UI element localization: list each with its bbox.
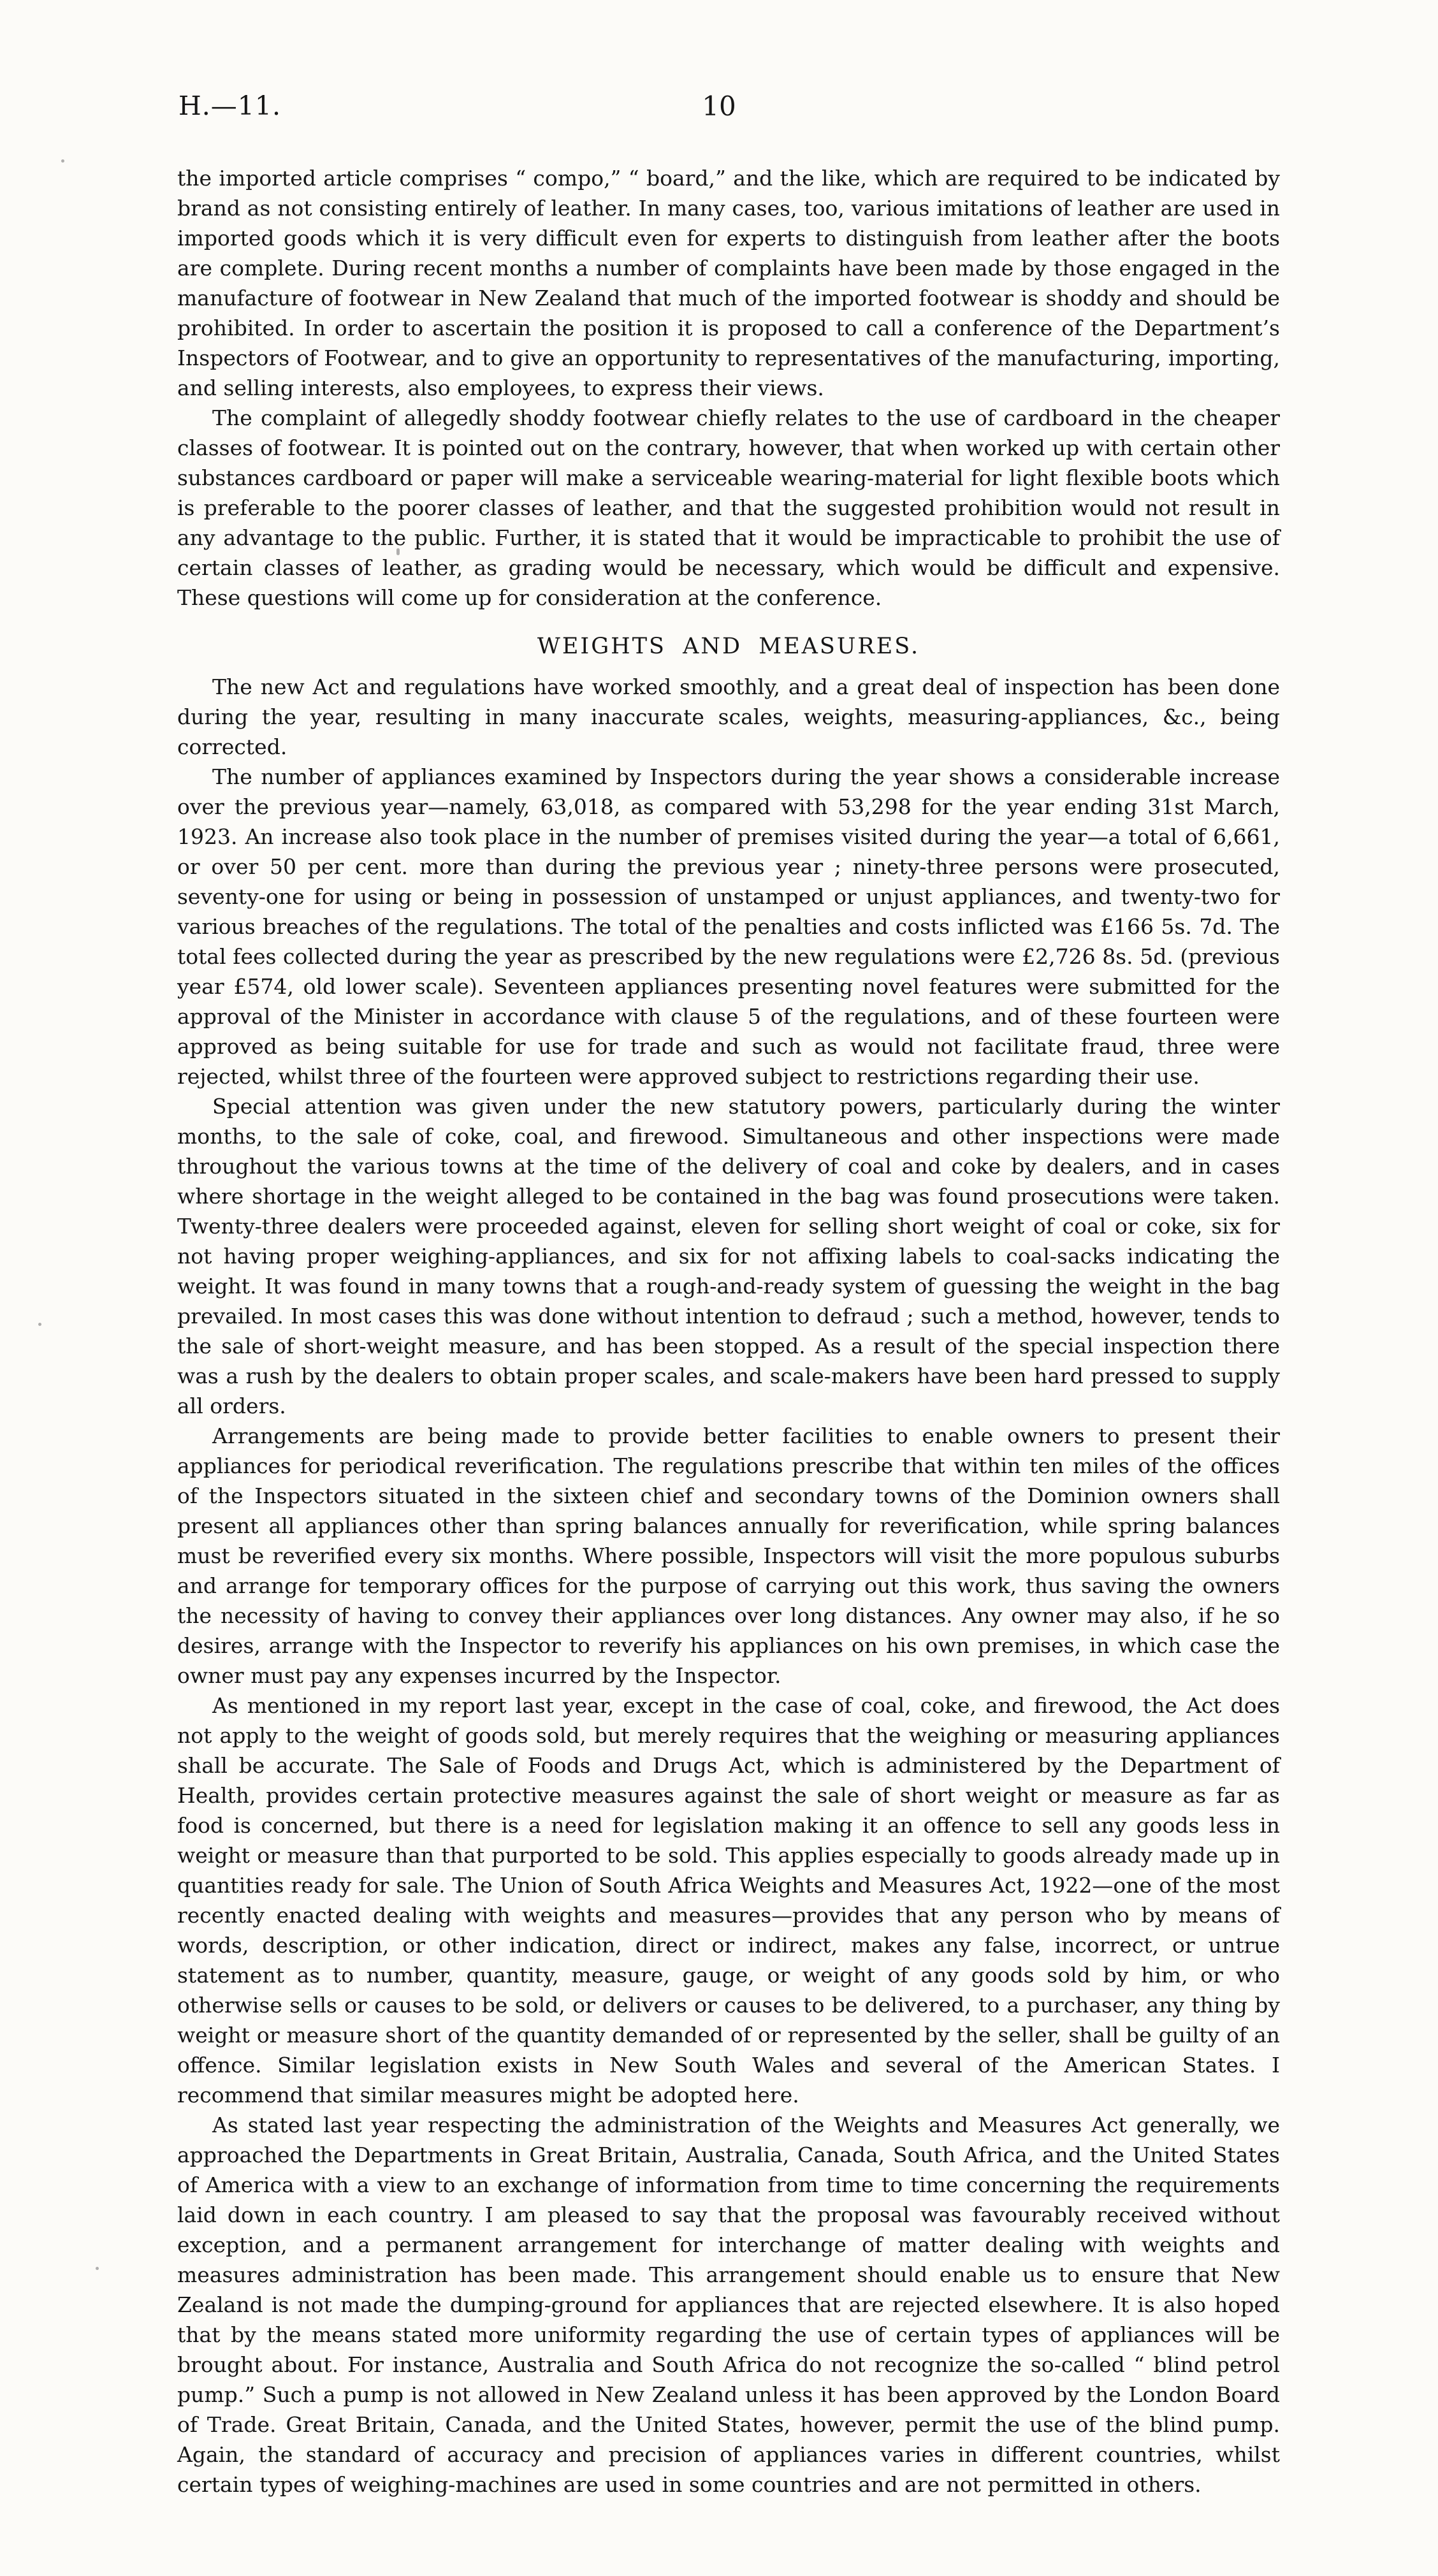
paragraph-new-act-regulations: The new Act and regulations have worked … xyxy=(177,672,1280,762)
page-number: 10 xyxy=(177,91,1261,122)
scan-speck xyxy=(759,2328,762,2331)
paragraph-appliances-examined: The number of appliances examined by Ins… xyxy=(177,762,1280,1091)
section-heading-weights-and-measures: WEIGHTS AND MEASURES. xyxy=(177,632,1280,662)
page-header: H.—11. 10 xyxy=(177,91,1280,130)
scan-speck xyxy=(396,548,400,555)
paragraph-international-interchange: As stated last year respecting the admin… xyxy=(177,2110,1280,2500)
paragraph-coke-coal-firewood: Special attention was given under the ne… xyxy=(177,1091,1280,1421)
paragraph-reverification-arrangements: Arrangements are being made to provide b… xyxy=(177,1421,1280,1691)
paragraph-shoddy-footwear-complaint: The complaint of allegedly shoddy footwe… xyxy=(177,403,1280,613)
scan-speck xyxy=(38,1323,41,1326)
paragraph-continuation-footwear: the imported article comprises “ compo,”… xyxy=(177,163,1280,403)
scan-speck xyxy=(96,2267,99,2270)
scan-speck xyxy=(61,159,64,163)
paragraph-sale-of-goods-acts: As mentioned in my report last year, exc… xyxy=(177,1691,1280,2110)
document-page: H.—11. 10 the imported article comprises… xyxy=(0,0,1438,2576)
page-body: the imported article comprises “ compo,”… xyxy=(177,163,1280,2500)
